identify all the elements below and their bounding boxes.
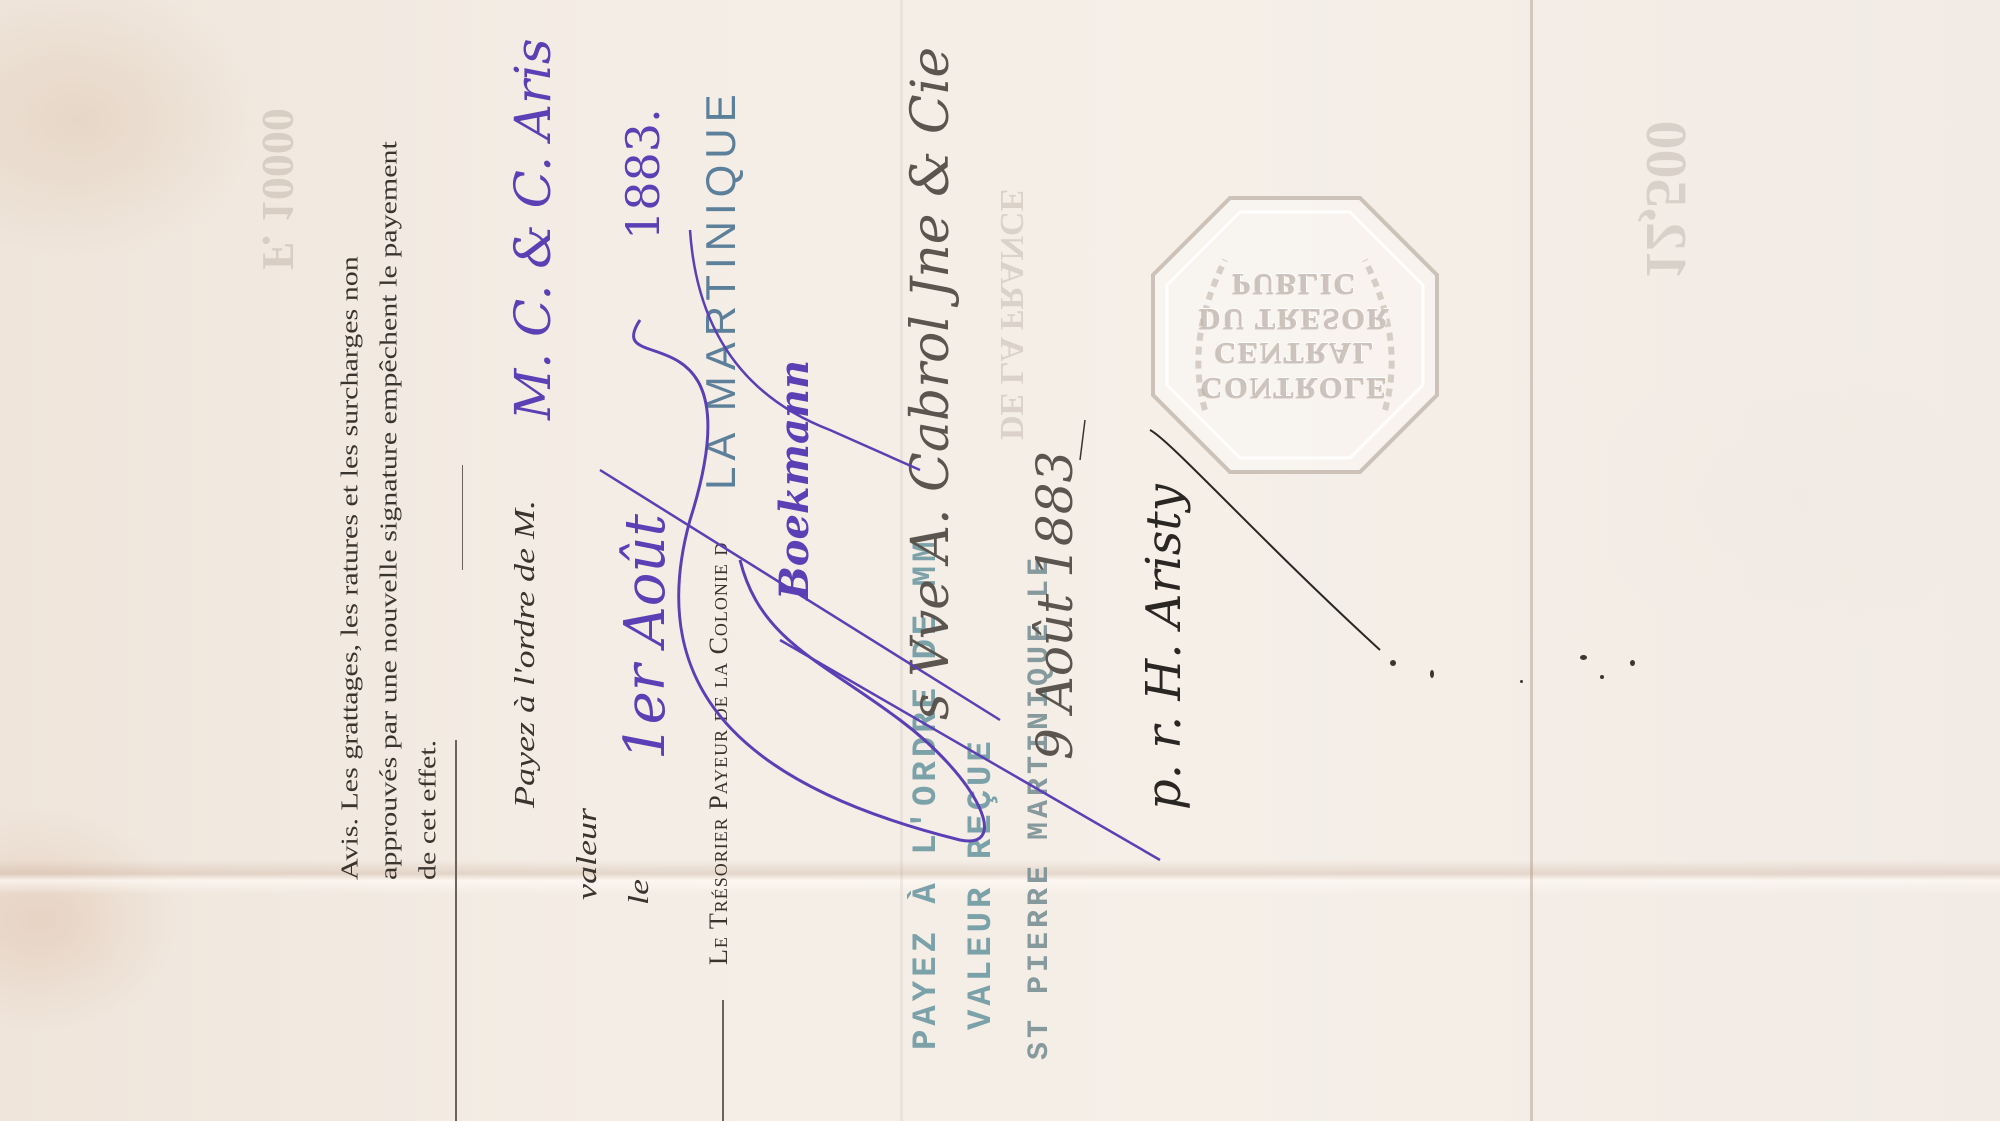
pay-to-label: Payez à l'ordre de M. [510, 500, 539, 808]
embossed-treasury-seal: CONTROLE CENTRAL DU TRESOR PUBLIC [1145, 190, 1445, 480]
divider-rule-notice [455, 740, 457, 1121]
seal-text: CONTROLE CENTRAL DU TRESOR PUBLIC [1145, 190, 1445, 480]
date-handwritten-2: 9 Août 1883 [1030, 451, 1080, 760]
valeur-label: valeur [572, 808, 601, 900]
show-through-center-text: DE LA FRANCE [992, 189, 1030, 440]
show-through-amount-right: 12,500 [1633, 121, 1700, 281]
notice-line-3: de cet effet. [416, 740, 441, 880]
year-handwritten: 1883. [620, 108, 666, 240]
seal-line-3: DU TRESOR [1199, 301, 1391, 336]
treasurer-signature: Boekmann [775, 360, 815, 600]
le-label: le [624, 879, 653, 905]
show-through-amount-left: F. 10000 [252, 108, 305, 270]
signature-aristy: p. r. H. Aristy [1140, 484, 1188, 810]
seal-line-4: PUBLIC [1232, 266, 1357, 301]
treasurer-label: Le Trésorier Payeur de la Colonie d [706, 542, 732, 965]
date-handwritten: 1er Août [618, 514, 674, 760]
seal-line-1: CONTROLE [1201, 370, 1389, 405]
notice-line-2: approuvés par une nouvelle signature emp… [377, 141, 402, 880]
colony-stamp: LA MARTINIQUE [700, 88, 742, 490]
notice-line-1: Avis. Les grattages, les ratures et les … [338, 256, 363, 880]
seal-line-2: CENTRAL [1215, 335, 1376, 370]
divider-rule-endorsement [722, 1000, 724, 1121]
pay-to-handwritten: M. C. & C. Aris [508, 38, 558, 420]
payee-handwritten: s Vve A. Cabrol Jne & Cie [905, 47, 957, 720]
ink-specks [1370, 640, 1670, 700]
vertical-fold [1530, 0, 1533, 1121]
signature-rule [462, 465, 463, 570]
stamp-line-value-received: VALEUR REÇUE [965, 737, 999, 1030]
